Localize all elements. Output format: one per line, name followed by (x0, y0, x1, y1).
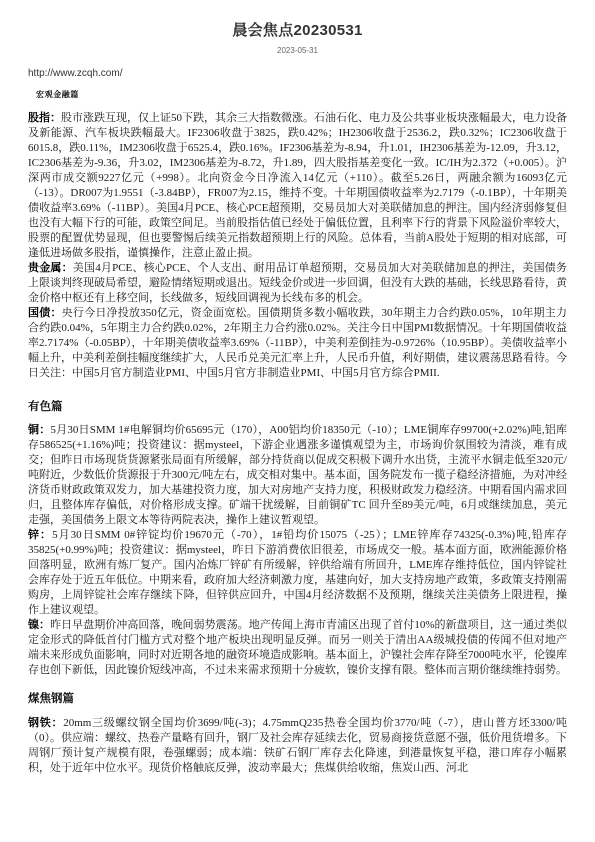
paragraph-label: 国债： (28, 307, 62, 319)
paragraph-nickel: 镍：昨日早盘期价冲高回落，晚间弱势震荡。地产传闻上海市青浦区出现了首付10%的新… (28, 618, 567, 678)
section-heading-nonferrous: 有色篇 (28, 398, 567, 414)
paragraph-label: 铜： (28, 424, 50, 436)
paragraph-label: 钢铁： (28, 717, 63, 729)
paragraph-zinc: 锌：5月30日SMM 0#锌锭均价19670元（-70），1#铅均价15075（… (28, 528, 567, 618)
paragraph-text: 5月30日SMM 0#锌锭均价19670元（-70），1#铅均价15075（-2… (28, 529, 567, 616)
report-title: 晨会焦点20230531 (0, 0, 595, 40)
paragraph-text: 股市涨跌互现，仅上证50下跌，其余三大指数微涨。石油石化、电力及公共事业板块涨幅… (28, 112, 567, 259)
section-macro-finance: 宏观金融篇 股指：股市涨跌互现，仅上证50下跌，其余三大指数微涨。石油石化、电力… (28, 89, 567, 381)
paragraph-text: 昨日早盘期价冲高回落，晚间弱势震荡。地产传闻上海市青浦区出现了首付10%的新盘项… (28, 619, 567, 676)
report-page: 晨会焦点20230531 2023-05-31 http://www.zcqh.… (0, 0, 595, 842)
paragraph-label: 股指： (28, 112, 61, 124)
section-coal-coke-steel: 煤焦钢篇 钢铁：20mm三级螺纹钢全国均价3699/吨(-3)；4.75mmQ2… (28, 690, 567, 776)
paragraph-label: 锌： (28, 529, 52, 541)
section-heading-macro: 宏观金融篇 (36, 89, 567, 100)
paragraph-precious-metals: 贵金属：美国4月PCE、核心PCE、个人支出、耐用品订单超预期，交易员加大对美联… (28, 261, 567, 306)
paragraph-text: 央行今日净投放350亿元，资金面宽松。国债期货多数小幅收跌，30年期主力合约跌0… (28, 307, 567, 379)
website-link[interactable]: http://www.zcqh.com/ (28, 68, 122, 79)
paragraph-text: 20mm三级螺纹钢全国均价3699/吨(-3)；4.75mmQ235热卷全国均价… (28, 717, 567, 774)
report-content: http://www.zcqh.com/ 宏观金融篇 股指：股市涨跌互现，仅上证… (0, 55, 595, 776)
paragraph-label: 贵金属： (28, 262, 73, 274)
paragraph-copper: 铜：5月30日SMM 1#电解铜均价65695元（170），A00铝均价1835… (28, 423, 567, 528)
paragraph-steel: 钢铁：20mm三级螺纹钢全国均价3699/吨(-3)；4.75mmQ235热卷全… (28, 716, 567, 776)
section-heading-coal-coke-steel: 煤焦钢篇 (28, 690, 567, 706)
report-date: 2023-05-31 (0, 46, 595, 55)
paragraph-text: 美国4月PCE、核心PCE、个人支出、耐用品订单超预期，交易员加大对美联储加息的… (28, 262, 567, 304)
paragraph-label: 镍： (28, 619, 50, 631)
paragraph-stock-index: 股指：股市涨跌互现，仅上证50下跌，其余三大指数微涨。石油石化、电力及公共事业板… (28, 111, 567, 261)
paragraph-text: 5月30日SMM 1#电解铜均价65695元（170），A00铝均价18350元… (28, 424, 567, 526)
paragraph-treasury-bonds: 国债：央行今日净投放350亿元，资金面宽松。国债期货多数小幅收跌，30年期主力合… (28, 306, 567, 381)
section-nonferrous: 有色篇 铜：5月30日SMM 1#电解铜均价65695元（170），A00铝均价… (28, 398, 567, 678)
